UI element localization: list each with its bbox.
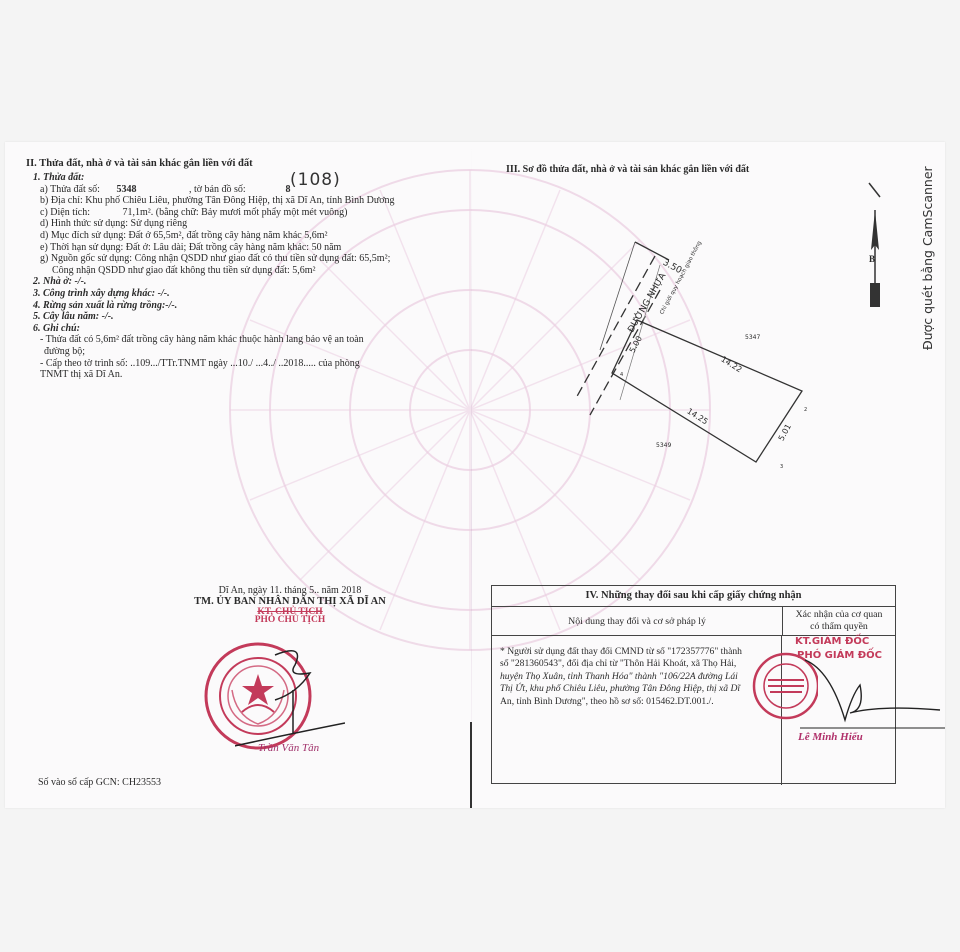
entry-line-2: số "281360543", đổi địa chỉ từ "Thôn Hải… [500, 658, 775, 670]
note-2a: - Cấp theo tờ trình số: ..109.../TTr.TNM… [30, 358, 460, 370]
entry-line-4: Thị Ứt, khu phố Chiêu Liêu, phường Tân Đ… [500, 683, 775, 695]
point-1: 1 [634, 314, 637, 320]
center-fold [471, 142, 472, 808]
entry-line-1: * Người sử dụng đất thay đổi CMND từ số … [500, 646, 775, 658]
signer-name-right: Lê Minh Hiếu [798, 731, 863, 743]
note-1b: đường bộ; [30, 346, 460, 358]
note-2b: TNMT thị xã Dĩ An. [30, 369, 460, 381]
note-1a: - Thửa đất có 5,6m² đất trồng cây hàng n… [30, 334, 460, 346]
col-changes-header: Nội dung thay đổi và cơ sở pháp lý [492, 607, 783, 635]
house: 2. Nhà ở: -/-. [30, 276, 460, 288]
section-4-title: IV. Những thay đổi sau khi cấp giấy chứn… [492, 586, 895, 607]
col-confirm-header-line2: có thẩm quyền [783, 621, 895, 633]
production-forest: 4. Rừng sản xuất là rừng trồng:-/-. [30, 300, 460, 312]
role: PHÓ CHỦ TỊCH [160, 615, 420, 625]
origin-line-2: Công nhận QSDD như giao đất không thu ti… [30, 265, 460, 277]
table-header: Nội dung thay đổi và cơ sở pháp lý Xác n… [492, 607, 895, 636]
entry-line-3: huyện Thọ Xuân, tỉnh Thanh Hóa" thành "1… [500, 671, 775, 683]
place-date: Dĩ An, ngày 11. tháng 5.. năm 2018 [160, 585, 420, 596]
parcel-number: 5348 [102, 184, 186, 196]
fold-mark [470, 722, 472, 808]
other-construction: 3. Công trình xây dựng khác: -/-. [30, 288, 460, 300]
stamp-role-line-1: KT.GIÁM ĐỐC [795, 636, 869, 647]
usage-purpose: d) Mục đích sử dụng: Đất ở 65,5m², đất t… [30, 230, 460, 242]
area-row: c) Diện tích: 71,1m². (bằng chữ: Bảy mươ… [30, 207, 460, 219]
parcel-row: a) Thửa đất số: 5348 , tờ bản đồ số: 8 [30, 184, 460, 196]
parcel-label: a) Thửa đất số: [40, 184, 100, 195]
area-value: 71,1m². (bằng chữ: Bảy mươi mốt phẩy một… [123, 207, 348, 218]
neighbor-parcel-south: 5349 [656, 442, 671, 449]
land-heading: 1. Thửa đất: [30, 172, 460, 184]
origin-line-1: g) Nguồn gốc sử dụng: Công nhận QSDD như… [30, 253, 460, 265]
north-arrow-icon [864, 175, 886, 310]
signature-scribble-left [235, 645, 345, 750]
land-details: 1. Thửa đất: a) Thửa đất số: 5348 , tờ b… [30, 172, 460, 381]
north-label: B [869, 254, 875, 264]
address: b) Địa chỉ: Khu phố Chiêu Liêu, phường T… [30, 195, 460, 207]
col-confirm-header-line1: Xác nhận của cơ quan [783, 609, 895, 621]
usage-form: d) Hình thức sử dụng: Sử dụng riêng [30, 218, 460, 230]
registry-number: Số vào sổ cấp GCN: CH23553 [38, 777, 161, 788]
section-2-title: II. Thửa đất, nhà ở và tài sản khác gắn … [26, 158, 253, 169]
issuer-signature-block: Dĩ An, ngày 11. tháng 5.. năm 2018 TM. Ủ… [160, 585, 420, 625]
usage-term: e) Thời hạn sử dụng: Đất ở: Lâu dài; Đất… [30, 242, 460, 254]
area-label: c) Diện tích: [40, 207, 120, 219]
section-3-title: III. Sơ đồ thửa đất, nhà ở và tài sản kh… [506, 164, 749, 175]
point-2: 2 [804, 407, 807, 413]
perennial-trees: 5. Cây lâu năm: -/-. [30, 311, 460, 323]
col-confirm-header: Xác nhận của cơ quan có thẩm quyền [783, 607, 895, 635]
entry-line-5: An, tỉnh Bình Dương", theo hồ sơ số: 015… [500, 696, 775, 708]
point-4: 4 [620, 372, 623, 378]
camscanner-watermark: Được quét bằng CamScanner [920, 160, 940, 350]
signature-scribble-right [800, 655, 945, 730]
neighbor-parcel-north: 5347 [745, 334, 760, 341]
map-label: , tờ bản đồ số: [189, 184, 283, 196]
notes-heading: 6. Ghi chú: [30, 323, 460, 335]
issuing-organization: TM. ỦY BAN NHÂN DÂN THỊ XÃ DĨ AN [160, 596, 420, 607]
point-3: 3 [780, 464, 783, 470]
signer-name-left: Trần Văn Tân [258, 742, 319, 754]
change-entry: * Người sử dụng đất thay đổi CMND từ số … [492, 636, 782, 785]
map-number: 8 [285, 184, 290, 195]
